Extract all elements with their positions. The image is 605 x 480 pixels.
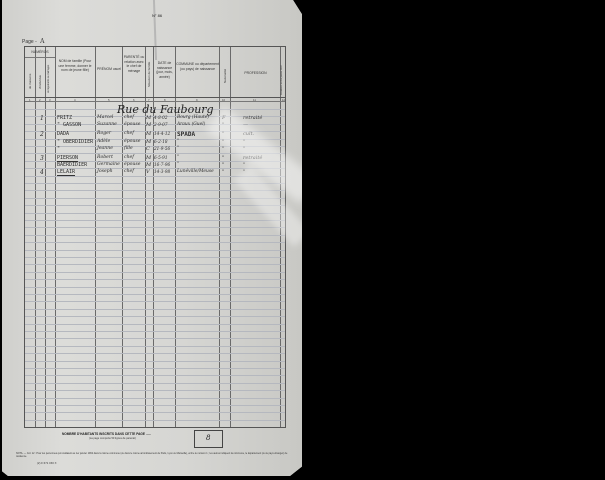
cell-surname: DADA <box>57 131 69 137</box>
ruled-line <box>25 331 285 332</box>
cell-status: M <box>146 122 151 128</box>
cell-surname: BAERDIDIER <box>57 162 87 168</box>
ruled-line <box>25 316 285 317</box>
cell-dob: 2-9-07 <box>154 122 168 127</box>
cell-birthplace: Bourg (Haute) <box>177 115 209 120</box>
header-profession: PROFESSION <box>231 71 280 76</box>
colnum: 12 <box>282 98 285 102</box>
cell-status: V <box>146 169 150 175</box>
cell-first: Joseph <box>97 169 113 174</box>
ruled-line <box>25 309 285 310</box>
cell-first: Adèle <box>97 139 110 144</box>
cell-status: C <box>146 146 150 152</box>
ruled-line <box>25 294 285 295</box>
col-divider <box>35 47 36 427</box>
census-page: N° 86 Page - A NUMÉROS de maisons d'indi… <box>2 0 302 476</box>
ruled-line <box>25 227 285 228</box>
ruled-line <box>25 301 285 302</box>
ruled-line <box>25 398 285 399</box>
ruled-line <box>25 375 285 376</box>
header-numeros: NUMÉROS <box>25 50 55 55</box>
cell-birthplace: SPADA <box>177 131 195 138</box>
ruled-line <box>25 361 285 362</box>
colnum: 4 <box>74 98 76 102</box>
col-divider <box>280 47 281 427</box>
cell-surname: LELAIR <box>57 169 75 176</box>
cell-surname: FRITZ <box>57 115 72 121</box>
footnote: NOTA. — Col. 12 : Pour les personnes qui… <box>16 452 296 458</box>
total-sublabel: (La page comporte 50 lignes de parenté) <box>89 437 136 440</box>
cell-house: 2 <box>40 131 44 138</box>
total-label: NOMBRE D'HABITANTS INSCRITS DANS CETTE P… <box>62 432 151 436</box>
cell-dob: 14-3-98 <box>154 169 170 174</box>
cell-relation: épouse <box>124 139 140 144</box>
cell-relation: chef <box>124 169 134 174</box>
ruled-line <box>25 264 285 265</box>
ruled-line <box>25 198 285 199</box>
cell-relation: chef <box>124 155 134 160</box>
cell-surname: PIERSON <box>57 155 78 162</box>
colnum: 2 <box>39 98 41 102</box>
cell-dob: 16-7-96 <box>154 162 170 167</box>
cell-status: M <box>146 162 151 168</box>
header-date: DATE de naissance (jour, mois, année) <box>154 61 175 79</box>
cell-birthplace: Lunéville/Meuse <box>177 169 214 174</box>
ruled-line <box>25 390 285 391</box>
col-divider <box>95 47 96 427</box>
ruled-line <box>25 412 285 413</box>
colnum: 3 <box>49 98 51 102</box>
col-divider <box>230 47 231 427</box>
cell-first: Germaine <box>97 162 120 167</box>
ruled-line <box>25 338 285 339</box>
ruled-line <box>25 279 285 280</box>
cell-surname: " OBERDIDIER <box>57 139 93 145</box>
header-nationalite: Nationalité <box>223 69 227 83</box>
cell-birthplace: " <box>177 139 179 144</box>
cell-status: M <box>146 155 151 161</box>
census-table: NUMÉROS de maisons d'individus de logeme… <box>24 46 286 428</box>
cell-first: Roger <box>97 131 111 136</box>
cell-birthplace: Araux (Guel) <box>177 122 205 127</box>
cell-relation: chef <box>124 115 134 120</box>
header-nom: NOM de famille (Pour une femme, donner l… <box>56 59 94 73</box>
cell-nat: " <box>222 155 224 161</box>
ruled-line <box>25 368 285 369</box>
cell-house: 3 <box>40 155 44 162</box>
colnum: 10 <box>222 98 225 102</box>
col-divider <box>219 47 220 427</box>
cell-dob: 6-2-18 <box>154 139 168 144</box>
header-logements: de logements ou ménages <box>47 65 50 93</box>
col-divider <box>45 47 46 427</box>
ruled-line <box>25 205 285 206</box>
ruled-line <box>25 324 285 325</box>
cell-birthplace: " <box>177 162 179 167</box>
ruled-line <box>25 346 285 347</box>
ruled-line <box>25 257 285 258</box>
cell-nat: " <box>222 162 224 168</box>
cell-relation: épouse <box>124 122 140 127</box>
ruled-line <box>25 235 285 236</box>
cell-dob: 14-4-12 <box>154 131 170 136</box>
cell-first: Marcel <box>97 115 113 120</box>
header-individus: d'individus <box>38 75 42 89</box>
cell-house: 1 <box>40 115 44 122</box>
cell-surname: " GASSON <box>57 122 81 128</box>
total-box: 8 <box>194 430 223 448</box>
cell-status: M <box>146 115 151 121</box>
cell-birthplace: " <box>177 155 179 160</box>
header-bottom-line <box>25 97 285 98</box>
cell-first: Jeanne <box>97 146 113 151</box>
cell-dob: 6-5-91 <box>154 155 168 160</box>
cell-dob: 4-8-02 <box>154 115 168 120</box>
colnum: 8 <box>164 98 166 102</box>
header-commune: COMMUNE ou département (ou pays) de nais… <box>176 62 219 71</box>
ruled-line <box>25 383 285 384</box>
cell-surname: " <box>57 146 60 152</box>
ruled-line <box>25 220 285 221</box>
colnum: 11 <box>253 98 256 102</box>
colnum: 7 <box>148 98 150 102</box>
col-divider <box>55 47 56 427</box>
ruled-line <box>25 272 285 273</box>
cell-first: Suzanne <box>97 122 117 127</box>
cell-relation: épouse <box>124 162 140 167</box>
cell-profession: " <box>243 162 245 168</box>
cell-first: Robert <box>97 155 113 160</box>
header-maisons: de maisons <box>28 74 32 89</box>
cell-relation: fille <box>124 146 133 151</box>
cell-relation: chef <box>124 131 134 136</box>
ruled-line <box>25 353 285 354</box>
cell-nat: " <box>222 146 224 152</box>
cell-dob: 21-9-56 <box>154 146 170 151</box>
header-situation: Situation de famille <box>147 62 151 87</box>
page-number: A <box>40 38 44 45</box>
cell-nat: " <box>222 169 224 175</box>
ruled-line <box>25 213 285 214</box>
page-label: Page - A <box>22 38 44 45</box>
ruled-line <box>25 405 285 406</box>
colnum: 6 <box>133 98 135 102</box>
ruled-line <box>25 250 285 251</box>
cell-house: 4 <box>40 169 44 176</box>
cell-status: M <box>146 131 151 137</box>
total-value: 8 <box>206 434 210 442</box>
ruled-line <box>25 420 285 421</box>
colnum: 1 <box>29 98 31 102</box>
ruled-line <box>25 242 285 243</box>
cell-status: M <box>146 139 151 145</box>
header-residence: Résidence au 1er janvier 1962 <box>281 65 283 95</box>
form-reference: (2) F 671 150 X <box>37 461 56 465</box>
cell-birthplace: " <box>177 146 179 151</box>
colnum: 9 <box>196 98 198 102</box>
cell-profession: retraité <box>243 115 262 121</box>
column-number-line <box>25 101 285 102</box>
ruled-line <box>25 287 285 288</box>
numeros-group-line <box>25 57 55 58</box>
top-mark: N° 86 <box>152 13 162 18</box>
header-prenom: PRÉNOM usuel <box>96 67 122 72</box>
header-parente: PARENTÉ ou relation avec le chef de ména… <box>123 55 145 73</box>
colnum: 5 <box>108 98 110 102</box>
